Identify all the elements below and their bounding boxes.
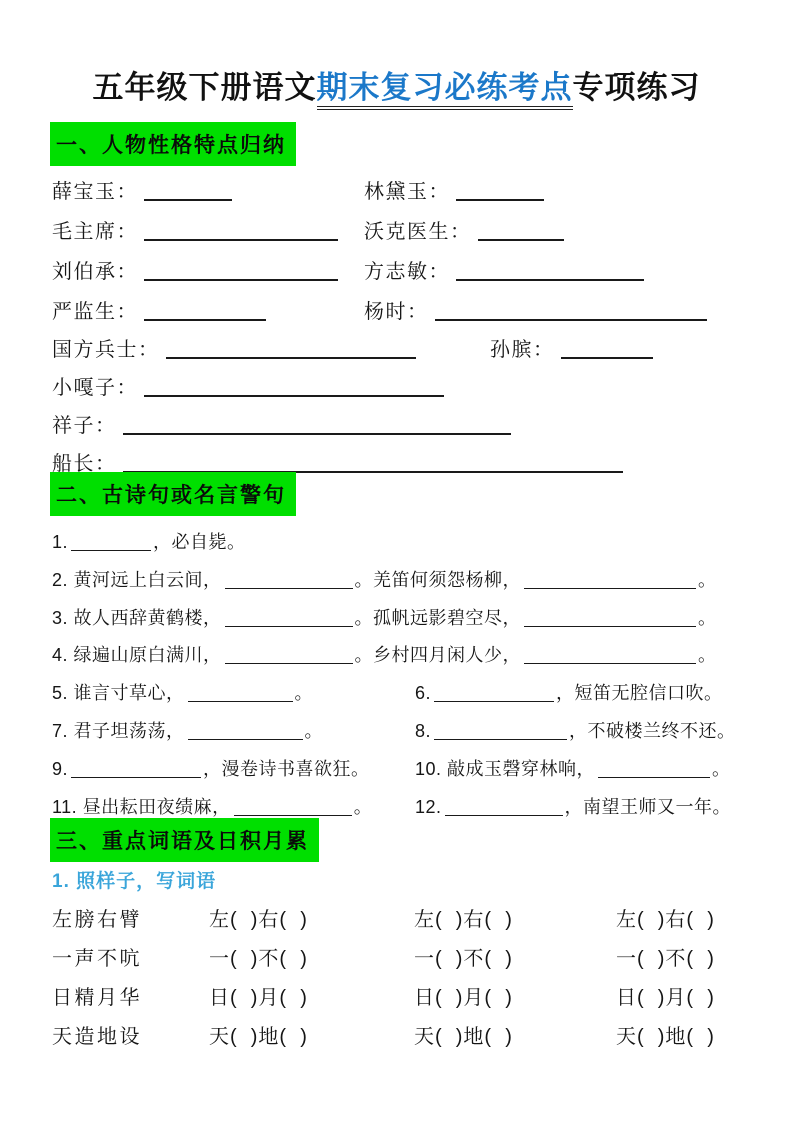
poem-line: 7. 君子坦荡荡，。: [52, 717, 323, 743]
text: 7. 君子坦荡荡，: [52, 721, 185, 741]
word-pattern-group: 天( )地( ): [209, 1020, 308, 1049]
text: 。: [295, 683, 314, 703]
answer-blank: [524, 570, 696, 589]
answer-blank: [524, 608, 696, 627]
text: 5. 谁言寸草心，: [52, 683, 185, 703]
text: 。羌笛何须怨杨柳，: [355, 570, 522, 590]
text: 毛主席：: [52, 221, 138, 243]
text: 12.: [415, 797, 442, 817]
character-row-item: 小嘎子：: [52, 371, 444, 400]
answer-blank: [188, 721, 303, 740]
text: ，南望王师又一年。: [565, 797, 732, 817]
text: 一( )不( ): [209, 948, 308, 970]
text: 左( )右( ): [209, 909, 308, 931]
poem-line: 12.，南望王师又一年。: [415, 793, 731, 819]
text: 。孤帆远影碧空尽，: [355, 608, 522, 628]
poem-line: 8.，不破楼兰终不还。: [415, 717, 736, 743]
text: 。: [305, 721, 324, 741]
answer-blank: [445, 797, 563, 816]
text: 左( )右( ): [616, 909, 715, 931]
text: 一声不吭: [52, 948, 142, 970]
poem-line: 3. 故人西辞黄鹤楼，。孤帆远影碧空尽，。: [52, 604, 717, 630]
text: ，漫卷诗书喜欲狂。: [203, 759, 370, 779]
text: 左膀右臂: [52, 909, 142, 931]
text: 6.: [415, 683, 431, 703]
text: 。: [698, 608, 717, 628]
text: 日( )月( ): [414, 987, 513, 1009]
answer-blank: [166, 337, 416, 359]
text: 日精月华: [52, 987, 142, 1009]
answer-blank: [144, 299, 266, 321]
text: ，短笛无腔信口吹。: [556, 683, 723, 703]
poem-line: 9.，漫卷诗书喜欲狂。: [52, 755, 370, 781]
poem-line: 4. 绿遍山原白满川，。乡村四月闲人少，。: [52, 641, 717, 667]
section1-heading: 一、人物性格特点归纳: [50, 122, 296, 166]
answer-blank: [456, 259, 644, 281]
word-pattern-group: 天( )地( ): [616, 1020, 715, 1049]
text: 4. 绿遍山原白满川，: [52, 645, 222, 665]
poem-line: 6.，短笛无腔信口吹。: [415, 679, 723, 705]
poem-line: 1.，必自毙。: [52, 528, 246, 554]
text: 天造地设: [52, 1026, 142, 1048]
text: 天( )地( ): [209, 1026, 308, 1048]
text: 。乡村四月闲人少，: [355, 645, 522, 665]
word-pattern-group: 左( )右( ): [616, 903, 715, 932]
word-pattern-group: 日( )月( ): [414, 981, 513, 1010]
character-row-item: 沃克医生：: [364, 215, 564, 244]
text: ，不破楼兰终不还。: [569, 721, 736, 741]
text: 。: [354, 797, 373, 817]
word-row-headword: 左膀右臂: [52, 903, 142, 932]
word-pattern-group: 天( )地( ): [414, 1020, 513, 1049]
character-row-item: 毛主席：: [52, 215, 338, 244]
answer-blank: [225, 570, 353, 589]
text: 天( )地( ): [616, 1026, 715, 1048]
character-row-item: 杨时：: [364, 295, 707, 324]
word-pattern-group: 日( )月( ): [616, 981, 715, 1010]
answer-blank: [225, 608, 353, 627]
character-row-item: 林黛玉：: [364, 175, 544, 204]
text: ，必自毙。: [153, 532, 246, 552]
poem-line: 5. 谁言寸草心，。: [52, 679, 313, 705]
text: 9.: [52, 759, 68, 779]
text: 天( )地( ): [414, 1026, 513, 1048]
word-pattern-group: 一( )不( ): [616, 942, 715, 971]
text: 方志敏：: [364, 261, 450, 283]
word-pattern-group: 左( )右( ): [414, 903, 513, 932]
answer-blank: [561, 337, 653, 359]
character-row-item: 薛宝玉：: [52, 175, 232, 204]
text: 1.: [52, 532, 68, 552]
poem-line: 2. 黄河远上白云间，。羌笛何须怨杨柳，。: [52, 566, 717, 592]
text: 刘伯承：: [52, 261, 138, 283]
answer-blank: [234, 797, 352, 816]
text: 日( )月( ): [616, 987, 715, 1009]
text: 8.: [415, 721, 431, 741]
text: 沃克医生：: [364, 221, 472, 243]
character-row-item: 方志敏：: [364, 255, 644, 284]
word-pattern-group: 日( )月( ): [209, 981, 308, 1010]
character-row-item: 刘伯承：: [52, 255, 338, 284]
text: 日( )月( ): [209, 987, 308, 1009]
word-pattern-group: 左( )右( ): [209, 903, 308, 932]
word-row-headword: 一声不吭: [52, 942, 142, 971]
answer-blank: [434, 683, 554, 702]
character-row-item: 国方兵士：: [52, 333, 416, 362]
text: 林黛玉：: [364, 181, 450, 203]
text: 杨时：: [364, 301, 429, 323]
section3-heading: 三、重点词语及日积月累: [50, 818, 319, 862]
text: 3. 故人西辞黄鹤楼，: [52, 608, 222, 628]
text: 小嘎子：: [52, 377, 138, 399]
word-row-headword: 天造地设: [52, 1020, 142, 1049]
word-pattern-group: 一( )不( ): [209, 942, 308, 971]
text: 祥子：: [52, 415, 117, 437]
answer-blank: [123, 451, 623, 473]
answer-blank: [71, 532, 151, 551]
text: 。: [698, 570, 717, 590]
answer-blank: [144, 219, 338, 241]
answer-blank: [144, 179, 232, 201]
answer-blank: [434, 721, 567, 740]
answer-blank: [71, 759, 201, 778]
text: 2. 黄河远上白云间，: [52, 570, 222, 590]
text: 一( )不( ): [616, 948, 715, 970]
character-row-item: 孙膑：: [490, 333, 653, 362]
text: 11. 昼出耘田夜绩麻，: [52, 797, 231, 817]
answer-blank: [123, 413, 511, 435]
title-pre: 五年级下册语文: [93, 70, 317, 105]
character-row-item: 祥子：: [52, 409, 511, 438]
word-row-headword: 日精月华: [52, 981, 142, 1010]
worksheet-page: 五年级下册语文期末复习必练考点专项练习 一、人物性格特点归纳 薛宝玉：林黛玉：毛…: [0, 0, 793, 1121]
answer-blank: [456, 179, 544, 201]
text: 孙膑：: [490, 339, 555, 361]
answer-blank: [144, 375, 444, 397]
text: 。: [698, 645, 717, 665]
page-title: 五年级下册语文期末复习必练考点专项练习: [0, 62, 793, 107]
title-post: 专项练习: [573, 70, 701, 105]
poem-line: 11. 昼出耘田夜绩麻，。: [52, 793, 372, 819]
section3-subheading: 1. 照样子，写词语: [52, 866, 216, 893]
word-pattern-group: 一( )不( ): [414, 942, 513, 971]
answer-blank: [524, 645, 696, 664]
section2-heading: 二、古诗句或名言警句: [50, 472, 296, 516]
text: 国方兵士：: [52, 339, 160, 361]
text: 严监生：: [52, 301, 138, 323]
answer-blank: [144, 259, 338, 281]
answer-blank: [598, 759, 710, 778]
text: 。: [712, 759, 731, 779]
title-highlighted: 期末复习必练考点: [317, 70, 573, 110]
text: 薛宝玉：: [52, 181, 138, 203]
text: 左( )右( ): [414, 909, 513, 931]
character-row-item: 严监生：: [52, 295, 266, 324]
poem-line: 10. 敲成玉磬穿林响，。: [415, 755, 731, 781]
answer-blank: [225, 645, 353, 664]
answer-blank: [188, 683, 293, 702]
text: 一( )不( ): [414, 948, 513, 970]
text: 10. 敲成玉磬穿林响，: [415, 759, 595, 779]
answer-blank: [478, 219, 564, 241]
answer-blank: [435, 299, 707, 321]
